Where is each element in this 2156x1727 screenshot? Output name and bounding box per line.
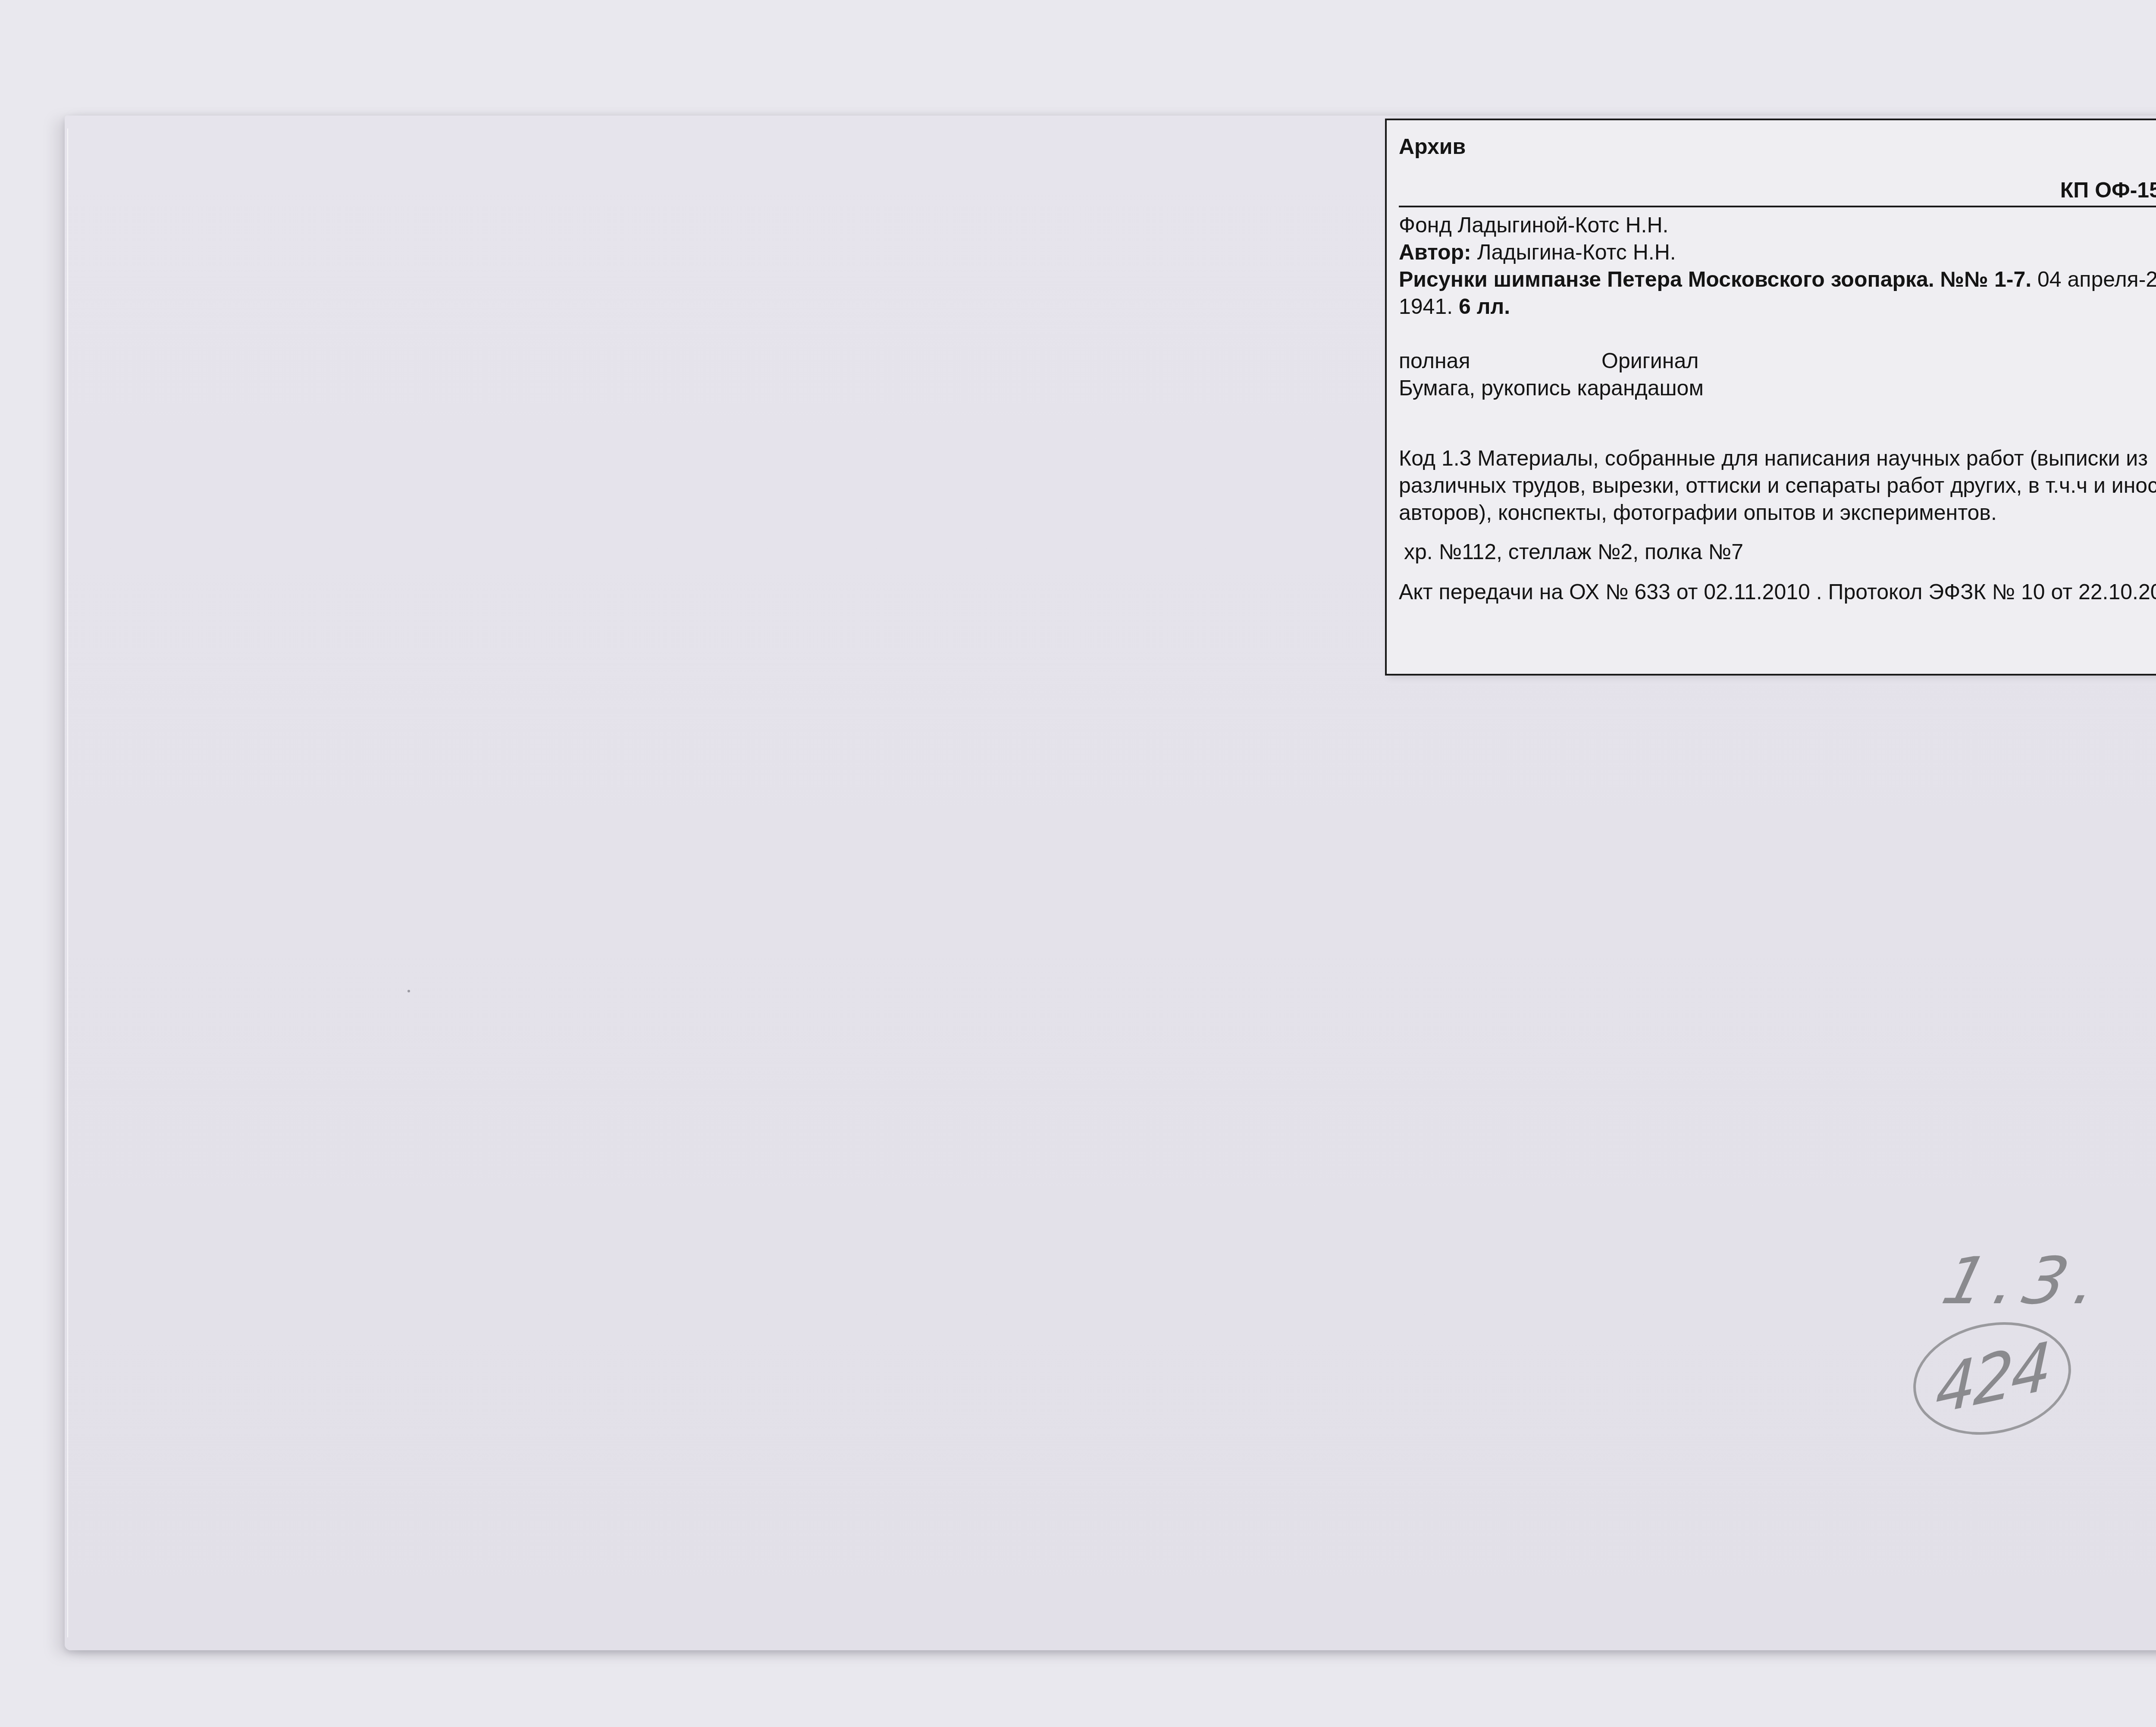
material-line: Бумага, рукопись карандашом xyxy=(1399,375,2156,402)
item-title: Рисунки шимпанзе Петера Московского зооп… xyxy=(1399,267,2031,291)
completeness: полная xyxy=(1399,347,1601,375)
author-label: Автор: xyxy=(1399,240,1471,264)
handwritten-code: 1.3. xyxy=(1935,1244,2115,1319)
archive-label: Архив КП ОФ-15111/1354 Фонд Ладыгиной-Ко… xyxy=(1385,119,2156,676)
inventory-number: КП ОФ-15111/1354 xyxy=(1399,177,2156,204)
title-line: Рисунки шимпанзе Петера Московского зооп… xyxy=(1399,266,2156,320)
author-name: Ладыгина-Котс Н.Н. xyxy=(1477,240,1676,264)
original-status: Оригинал xyxy=(1601,347,1698,375)
circled-number-text: 424 xyxy=(1934,1328,2050,1429)
fund-line: Фонд Ладыгиной-Котс Н.Н. xyxy=(1399,212,2156,239)
completeness-row: полная Оригинал xyxy=(1399,347,2156,375)
classification-code: Код 1.3 Материалы, собранные для написан… xyxy=(1399,445,2156,526)
transfer-act: Акт передачи на ОХ № 633 от 02.11.2010 .… xyxy=(1399,579,2156,606)
author-line: Автор: Ладыгина-Котс Н.Н. xyxy=(1399,239,2156,266)
divider xyxy=(1399,206,2156,207)
sheet-count: 6 лл. xyxy=(1459,294,1510,319)
paper-speck xyxy=(407,990,410,992)
archive-heading: Архив xyxy=(1399,133,2156,160)
storage-location: хр. №112, стеллаж №2, полка №7 xyxy=(1399,538,2156,566)
